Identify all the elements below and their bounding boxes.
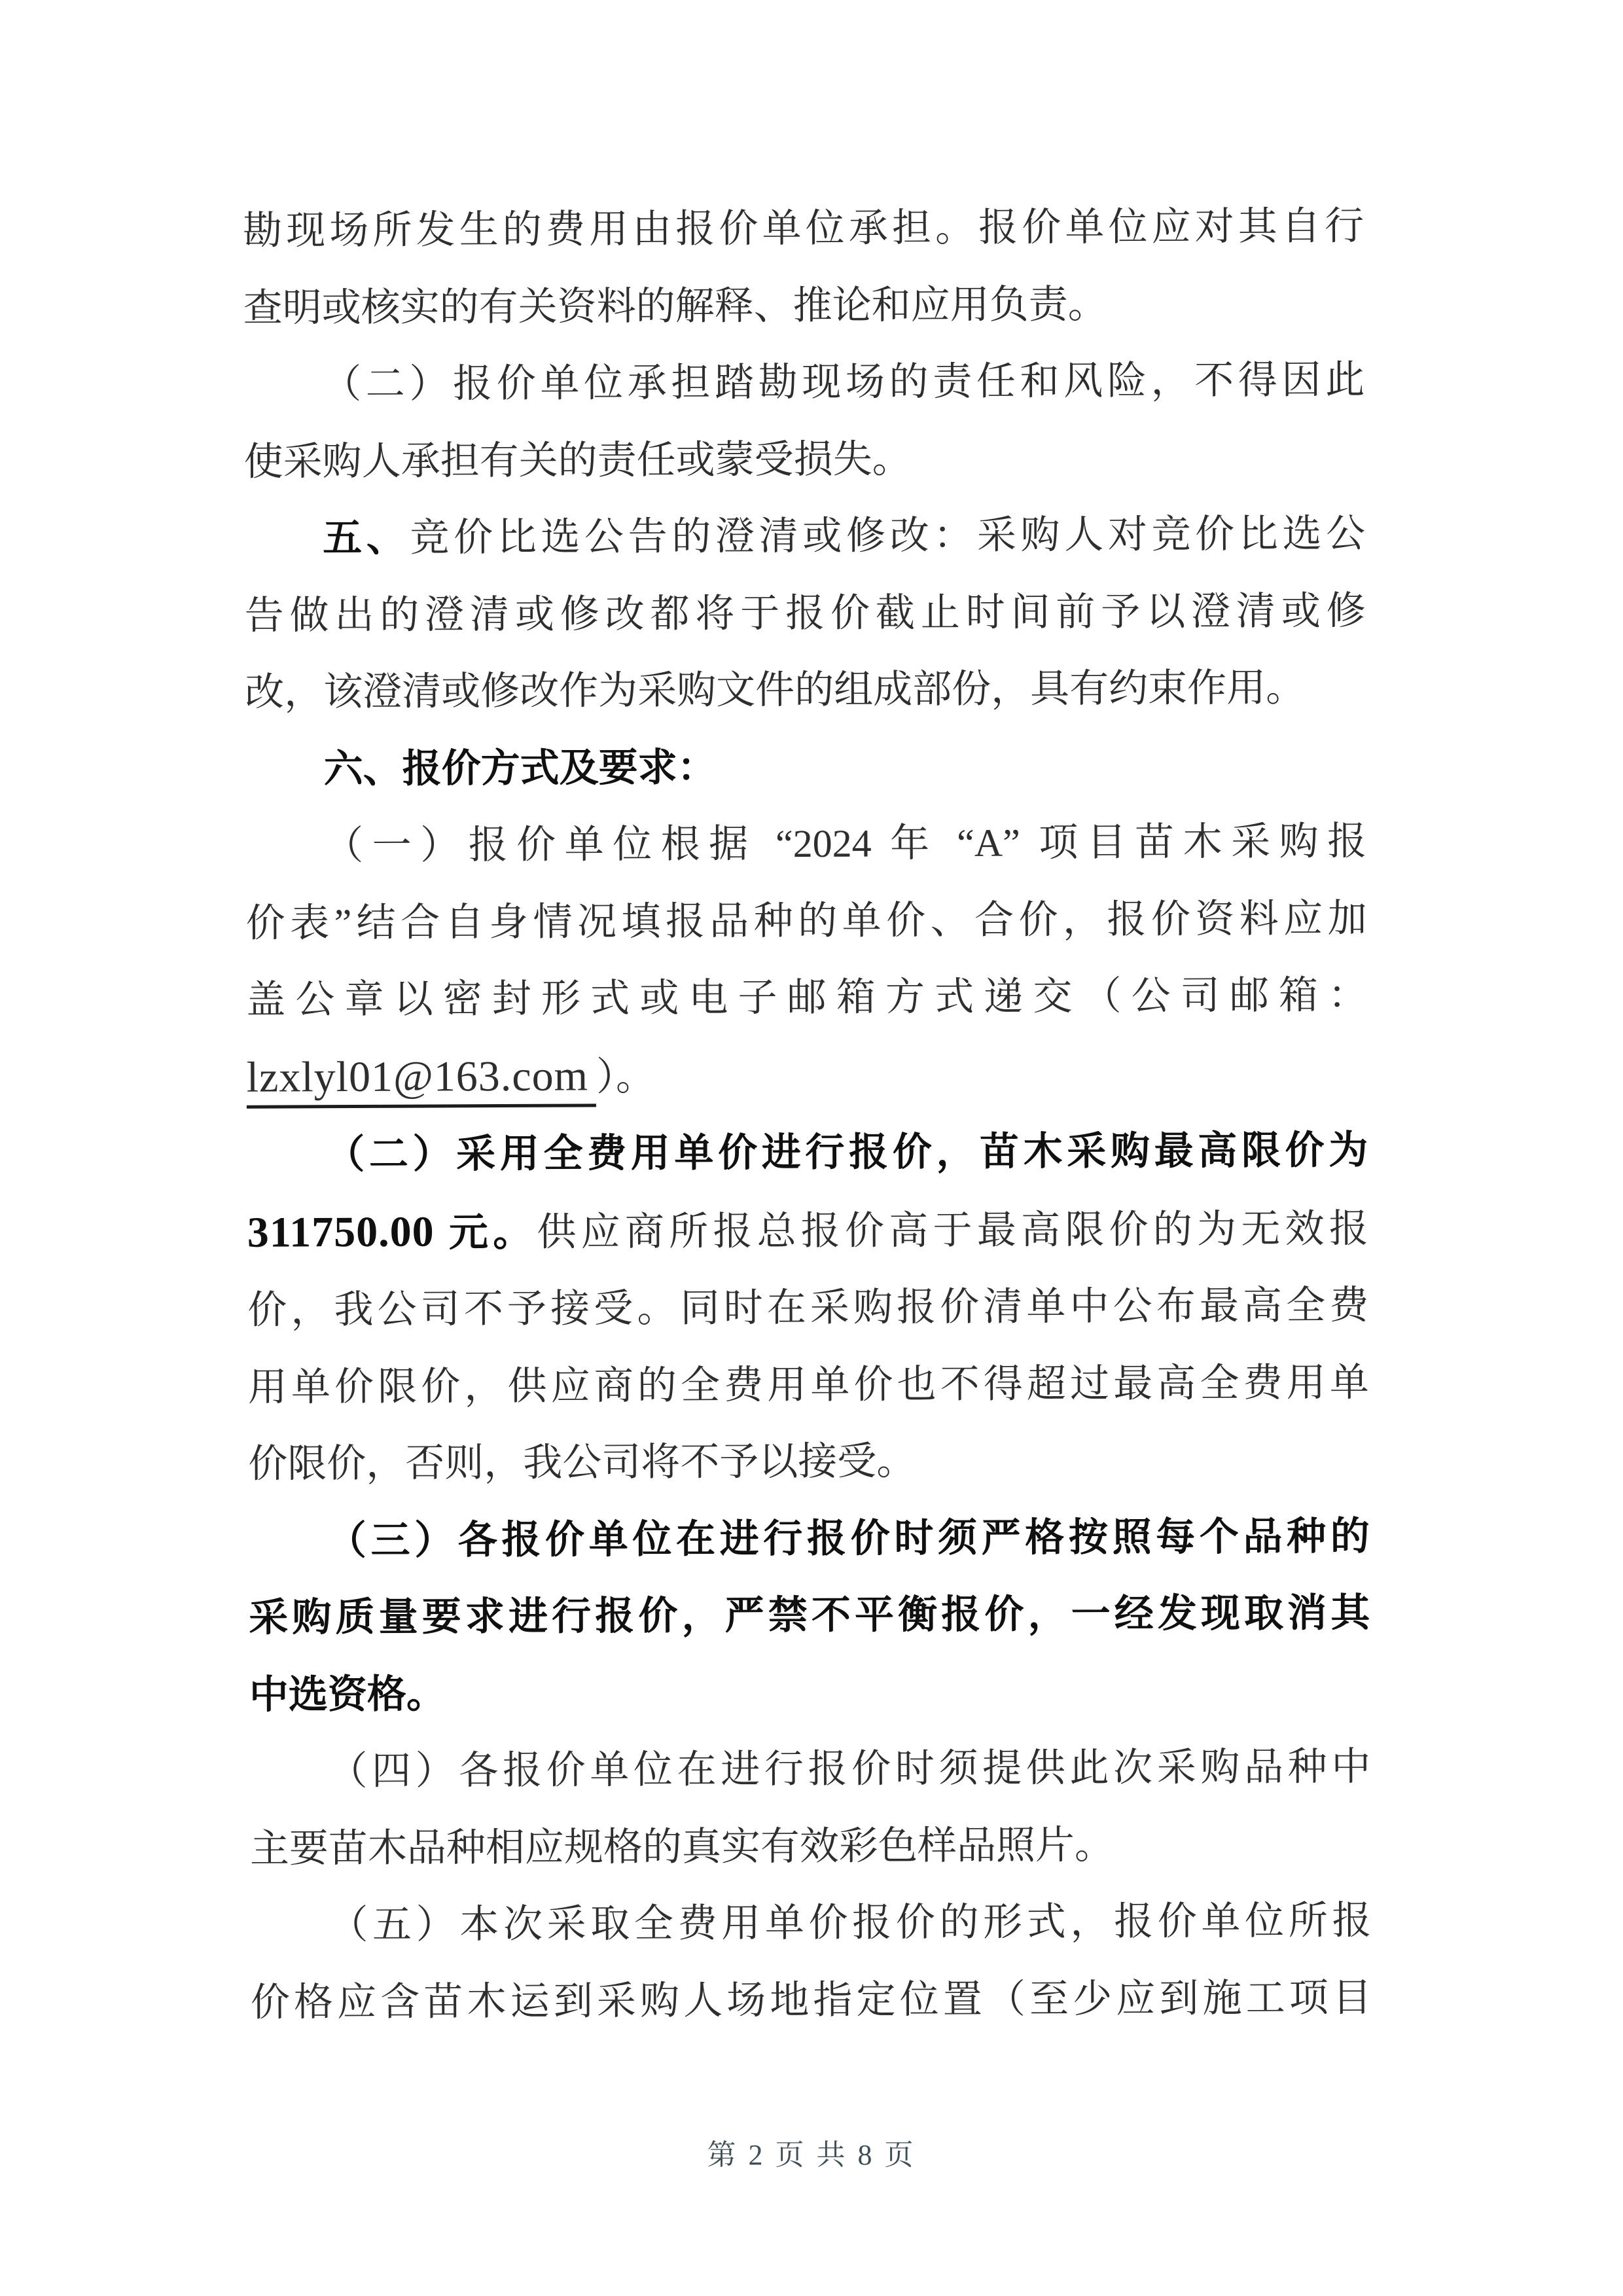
text-segment: （三）各报价单位在进行报价时须严格按照每个品种的 [327, 1515, 1370, 1562]
text-line: 勘现场所发生的费用由报价单位承担。报价单位应对其自行 [243, 188, 1364, 270]
text-line: 采购质量要求进行报价，严禁不平衡报价，一经发现取消其 [249, 1575, 1370, 1657]
text-line: 使采购人承担有关的责任或蒙受损失。 [243, 419, 1364, 501]
text-line: 五、竞价比选公告的澄清或修改：采购人对竞价比选公 [244, 495, 1365, 577]
text-segment: 元。 [434, 1210, 537, 1254]
text-segment: 价表”结合自身情况填报品种的单价、合价，报价资料应加 [246, 897, 1367, 944]
text-segment: （二）报价单位承担踏勘现场的责任和风险，不得因此 [322, 358, 1364, 406]
page-number-label: 第 2 页 共 8 页 [707, 2139, 916, 2171]
text-line: （三）各报价单位在进行报价时须严格按照每个品种的 [249, 1498, 1370, 1580]
text-segment: 竞价比选公告的澄清或修改：采购人对竞价比选公 [410, 512, 1365, 559]
text-segment: 勘现场所发生的费用由报价单位承担。报价单位应对其自行 [243, 204, 1364, 252]
document-page: 勘现场所发生的费用由报价单位承担。报价单位应对其自行查明或核实的有关资料的解释、… [0, 0, 1623, 2296]
text-segment: 311750.00 [247, 1208, 435, 1256]
text-line: 主要苗木品种相应规格的真实有效彩色样品照片。 [250, 1806, 1371, 1888]
text-segment: 价，我公司不予接受。同时在采购报价清单中公布最高全费 [247, 1283, 1368, 1331]
text-line: 价表”结合自身情况填报品种的单价、合价，报价资料应加 [245, 880, 1366, 962]
text-line: 查明或核实的有关资料的解释、推论和应用负责。 [243, 265, 1364, 347]
text-segment: （四）各报价单位在进行报价时须提供此次采购品种中 [328, 1745, 1370, 1793]
text-segment: （五）本次采取全费用单价报价的形式，报价单位所报 [329, 1899, 1371, 1946]
email-text: lzxlyl01@163.com [247, 1052, 597, 1108]
text-line: （五）本次采取全费用单价报价的形式，报价单位所报 [250, 1882, 1371, 1964]
text-line: 盖公章以密封形式或电子邮箱方式递交（公司邮箱： [246, 957, 1367, 1039]
text-line: 改，该澄清或修改作为采购文件的组成部份，具有约束作用。 [245, 649, 1366, 731]
text-segment: 查明或核实的有关资料的解释、推论和应用负责。 [243, 282, 1107, 329]
text-segment: （二）采用全费用单价进行报价，苗木采购最高限价为 [325, 1128, 1368, 1176]
text-segment: 主要苗木品种相应规格的真实有效彩色样品照片。 [250, 1823, 1114, 1870]
text-line: 价，我公司不予接受。同时在采购报价清单中公布最高全费 [247, 1267, 1368, 1349]
text-segment: 改，该澄清或修改作为采购文件的组成部份，具有约束作用。 [245, 666, 1305, 714]
text-line: 用单价限价，供应商的全费用单价也不得超过最高全费用单 [248, 1344, 1369, 1426]
document-body: 勘现场所发生的费用由报价单位承担。报价单位应对其自行查明或核实的有关资料的解释、… [243, 188, 1372, 2041]
text-segment: 六、报价方式及要求： [324, 745, 717, 791]
text-line: 告做出的澄清或修改都将于报价截止时间前予以澄清或修 [244, 573, 1365, 655]
text-line: 311750.00 元。供应商所报总报价高于最高限价的为无效报 [247, 1189, 1369, 1272]
text-segment: 价限价，否则，我公司将不予以接受。 [248, 1439, 916, 1485]
text-segment: 价格应含苗木运到采购人场地指定位置（至少应到施工项目 [251, 1976, 1372, 2024]
text-segment: 采购质量要求进行报价，严禁不平衡报价，一经发现取消其 [249, 1591, 1370, 1639]
text-line: 价格应含苗木运到采购人场地指定位置（至少应到施工项目 [251, 1960, 1372, 2041]
text-line: （四）各报价单位在进行报价时须提供此次采购品种中 [249, 1729, 1370, 1810]
text-line: 价限价，否则，我公司将不予以接受。 [248, 1421, 1369, 1503]
text-segment: 供应商所报总报价高于最高限价的为无效报 [537, 1207, 1368, 1254]
text-segment: 使采购人承担有关的责任或蒙受损失。 [243, 437, 911, 483]
text-line: 六、报价方式及要求： [245, 726, 1366, 808]
text-segment: 用单价限价，供应商的全费用单价也不得超过最高全费用单 [248, 1361, 1369, 1408]
text-segment: 中选资格。 [249, 1672, 446, 1716]
text-line: （二）采用全费用单价进行报价，苗木采购最高限价为 [247, 1112, 1368, 1194]
page-footer: 第 2 页 共 8 页 [0, 2131, 1623, 2173]
text-line: lzxlyl01@163.com）。 [246, 1034, 1368, 1117]
text-segment: ）。 [596, 1055, 655, 1098]
text-line: 中选资格。 [249, 1652, 1370, 1734]
text-segment: 告做出的澄清或修改都将于报价截止时间前予以澄清或修 [245, 589, 1366, 637]
text-line: （一）报价单位根据 “2024 年 “A” 项目苗木采购报 [245, 803, 1366, 885]
text-line: （二）报价单位承担踏勘现场的责任和风险，不得因此 [243, 342, 1364, 423]
text-segment: （一）报价单位根据 “2024 年 “A” 项目苗木采购报 [324, 819, 1366, 867]
text-segment: 五、 [323, 516, 410, 560]
text-segment: 盖公章以密封形式或电子邮箱方式递交（公司邮箱： [246, 973, 1367, 1021]
